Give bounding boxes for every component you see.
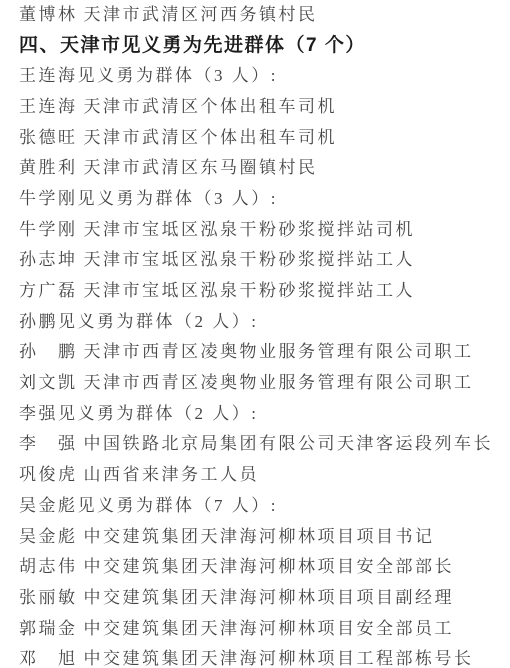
group-header: 孙鹏见义勇为群体（2 人）:: [19, 307, 258, 332]
member-name: 邓 旭: [19, 644, 78, 668]
member-affiliation: 天津市武清区东马圈镇村民: [84, 153, 318, 178]
member-affiliation: 天津市宝坻区泓泉干粉砂浆搅拌站工人: [84, 276, 416, 301]
member-row: 张丽敏 中交建筑集团天津海河柳林项目项目副经理: [19, 580, 502, 611]
member-row: 方广磊 天津市宝坻区泓泉干粉砂浆搅拌站工人: [19, 273, 502, 304]
member-row: 黄胜利 天津市武清区东马圈镇村民: [19, 150, 502, 181]
member-row: 孙 鹏 天津市西青区凌奥物业服务管理有限公司职工: [19, 335, 502, 366]
member-affiliation: 中交建筑集团天津海河柳林项目安全部员工: [84, 614, 455, 639]
member-affiliation: 天津市宝坻区泓泉干粉砂浆搅拌站工人: [84, 245, 416, 270]
member-name: 吴金彪: [19, 522, 78, 547]
member-affiliation: 天津市西青区凌奥物业服务管理有限公司职工: [84, 368, 474, 393]
member-affiliation: 天津市宝坻区泓泉干粉砂浆搅拌站司机: [84, 215, 416, 240]
member-name: 黄胜利: [19, 153, 78, 178]
member-row: 李 强 中国铁路北京局集团有限公司天津客运段列车长: [19, 427, 502, 458]
member-row: 胡志伟 中交建筑集团天津海河柳林项目安全部部长: [19, 549, 502, 580]
member-affiliation: 中交建筑集团天津海河柳林项目工程部栋号长: [84, 644, 474, 668]
member-name: 李 强: [19, 429, 78, 454]
member-name: 张德旺: [19, 123, 78, 148]
member-affiliation: 天津市武清区个体出租车司机: [84, 123, 338, 148]
member-affiliation: 天津市西青区凌奥物业服务管理有限公司职工: [84, 337, 474, 362]
group-header: 吴金彪见义勇为群体（7 人）:: [19, 491, 278, 516]
member-name: 孙志坤: [19, 245, 78, 270]
member-affiliation: 中交建筑集团天津海河柳林项目安全部部长: [84, 552, 455, 577]
member-row: 牛学刚 天津市宝坻区泓泉干粉砂浆搅拌站司机: [19, 212, 502, 243]
member-name: 张丽敏: [19, 583, 78, 608]
member-name: 孙 鹏: [19, 337, 78, 362]
document-page: 董博林 天津市武清区河西务镇村民 四、天津市见义勇为先进群体（7 个） 王连海见…: [0, 0, 510, 668]
member-name: 郭瑞金: [19, 614, 78, 639]
member-affiliation: 天津市武清区个体出租车司机: [84, 92, 338, 117]
member-row: 刘文凯 天津市西青区凌奥物业服务管理有限公司职工: [19, 365, 502, 396]
group-header: 王连海见义勇为群体（3 人）:: [19, 61, 278, 86]
member-affiliation: 中交建筑集团天津海河柳林项目项目副经理: [84, 583, 455, 608]
member-row: 吴金彪 中交建筑集团天津海河柳林项目项目书记: [19, 519, 502, 550]
member-row: 邓 旭 中交建筑集团天津海河柳林项目工程部栋号长: [19, 641, 502, 668]
member-affiliation: 天津市武清区河西务镇村民: [84, 0, 318, 25]
member-name: 王连海: [19, 92, 78, 117]
member-name: 巩俊虎: [19, 460, 78, 485]
member-affiliation: 山西省来津务工人员: [84, 460, 260, 485]
group-header: 牛学刚见义勇为群体（3 人）:: [19, 184, 278, 209]
member-row: 王连海 天津市武清区个体出租车司机: [19, 89, 502, 120]
section-heading: 四、天津市见义勇为先进群体（7 个）: [19, 30, 366, 57]
member-row: 张德旺 天津市武清区个体出租车司机: [19, 120, 502, 151]
member-affiliation: 中国铁路北京局集团有限公司天津客运段列车长: [84, 429, 494, 454]
member-name: 方广磊: [19, 276, 78, 301]
member-row: 孙志坤 天津市宝坻区泓泉干粉砂浆搅拌站工人: [19, 243, 502, 274]
member-name: 董博林: [19, 0, 78, 25]
group-header: 李强见义勇为群体（2 人）:: [19, 399, 258, 424]
member-name: 胡志伟: [19, 552, 78, 577]
member-row: 郭瑞金 中交建筑集团天津海河柳林项目安全部员工: [19, 611, 502, 642]
member-name: 刘文凯: [19, 368, 78, 393]
member-row: 巩俊虎 山西省来津务工人员: [19, 457, 502, 488]
member-name: 牛学刚: [19, 215, 78, 240]
member-affiliation: 中交建筑集团天津海河柳林项目项目书记: [84, 522, 435, 547]
lead-entry-row: 董博林 天津市武清区河西务镇村民: [19, 0, 502, 28]
